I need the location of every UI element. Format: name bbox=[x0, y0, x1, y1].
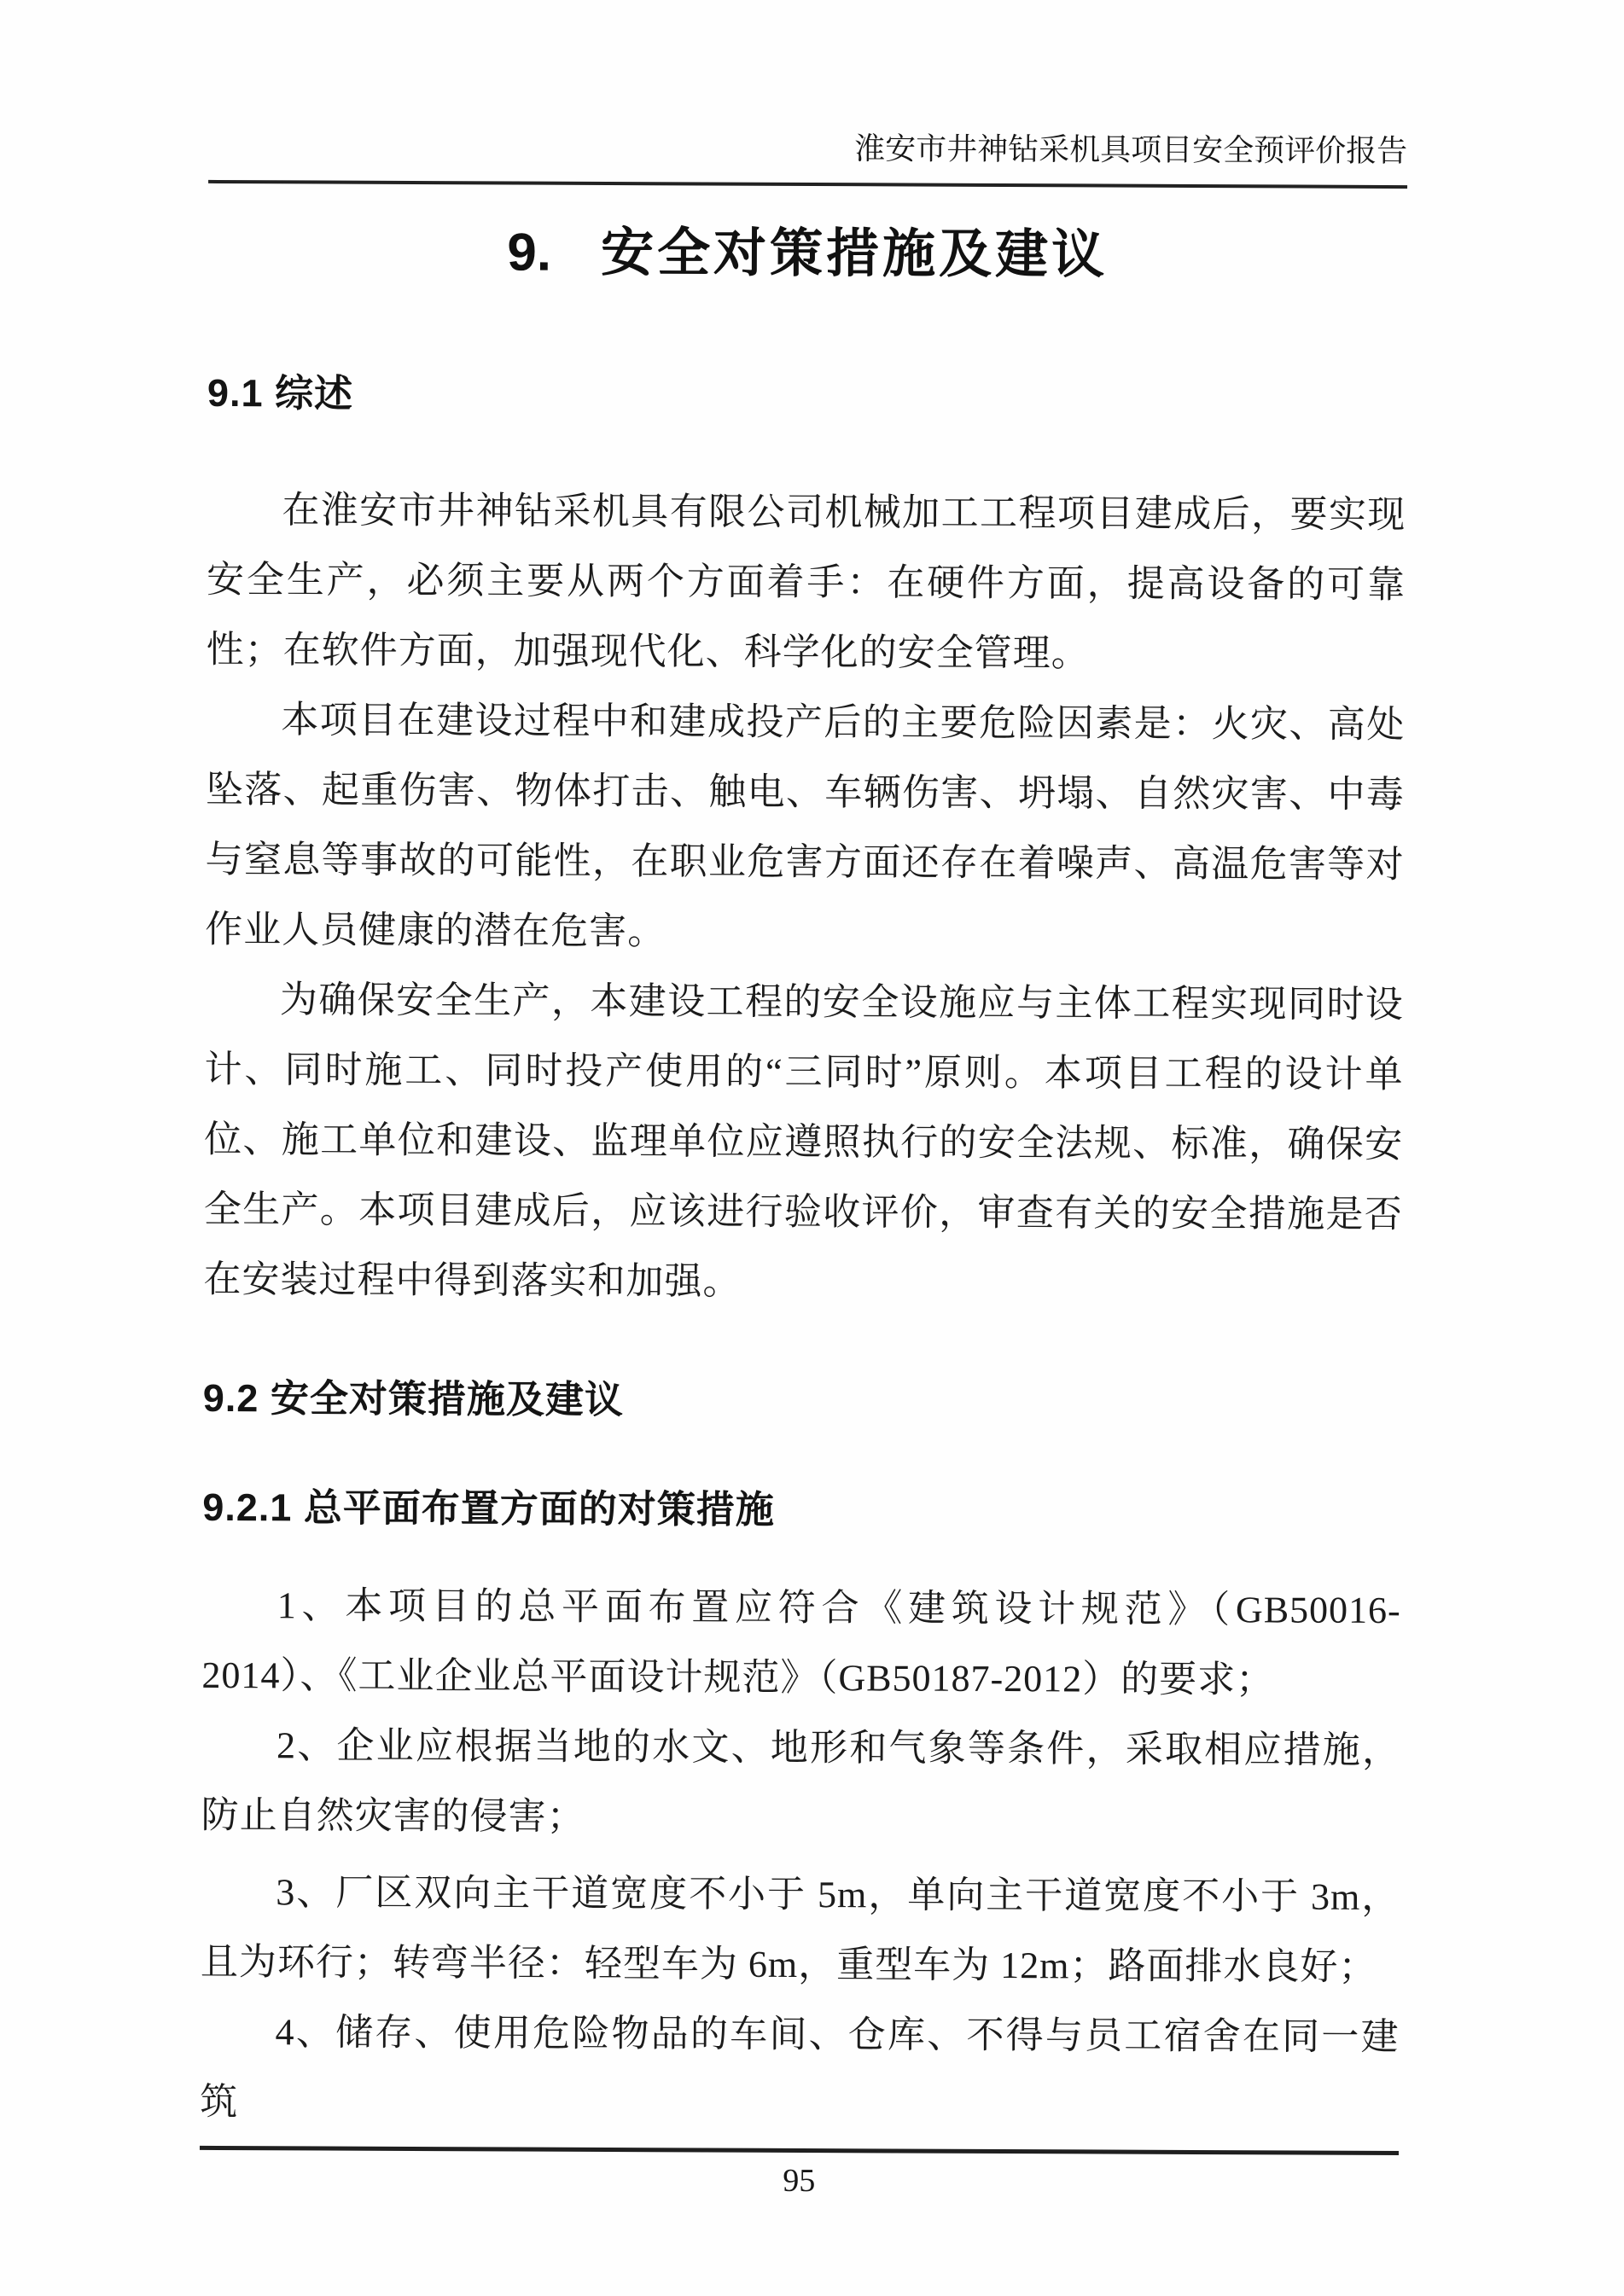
report-page: 淮安市井神钻采机具项目安全预评价报告 9.安全对策措施及建议 9.1 综述 在淮… bbox=[0, 0, 1624, 2296]
footer-rule bbox=[200, 2146, 1399, 2155]
list-item-2: 2、企业应根据当地的水文、地形和气象等条件，采取相应措施，防止自然灾害的侵害； bbox=[201, 1711, 1401, 1856]
list-item-4: 4、储存、使用危险物品的车间、仓库、不得与员工宿舍在同一建筑 bbox=[200, 1997, 1400, 2142]
section-heading-9-2: 9.2 安全对策措施及建议 bbox=[203, 1376, 1402, 1426]
list-item-3: 3、厂区双向主干道宽度不小于 5m，单向主干道宽度不小于 3m，且为环行；转弯半… bbox=[201, 1857, 1400, 2002]
paragraph-overview-1: 在淮安市井神钻采机具有限公司机械加工工程项目建成后，要实现安全生产，必须主要从两… bbox=[206, 475, 1406, 690]
chapter-title: 9.安全对策措施及建议 bbox=[208, 218, 1407, 291]
chapter-number: 9. bbox=[507, 223, 551, 282]
paragraph-overview-3: 为确保安全生产，本建设工程的安全设施应与主体工程实现同时设计、同时施工、同时投产… bbox=[203, 965, 1404, 1320]
paragraph-overview-2: 本项目在建设过程中和建成投产后的主要危险因素是：火灾、高处坠落、起重伤害、物体打… bbox=[205, 685, 1405, 970]
section-heading-9-1: 9.1 综述 bbox=[207, 371, 1406, 421]
page-content: 淮安市井神钻采机具项目安全预评价报告 9.安全对策措施及建议 9.1 综述 在淮… bbox=[200, 0, 1408, 2205]
list-item-1: 1、本项目的总平面布置应符合《建筑设计规范》（GB50016-2014）、《工业… bbox=[201, 1571, 1401, 1716]
chapter-title-text: 安全对策措施及建议 bbox=[601, 224, 1108, 285]
running-header-title: 淮安市井神钻采机具项目安全预评价报告 bbox=[208, 125, 1407, 171]
page-number: 95 bbox=[200, 2157, 1399, 2205]
header-rule bbox=[208, 180, 1407, 189]
subsection-heading-9-2-1: 9.2.1 总平面布置方面的对策措施 bbox=[202, 1485, 1401, 1535]
